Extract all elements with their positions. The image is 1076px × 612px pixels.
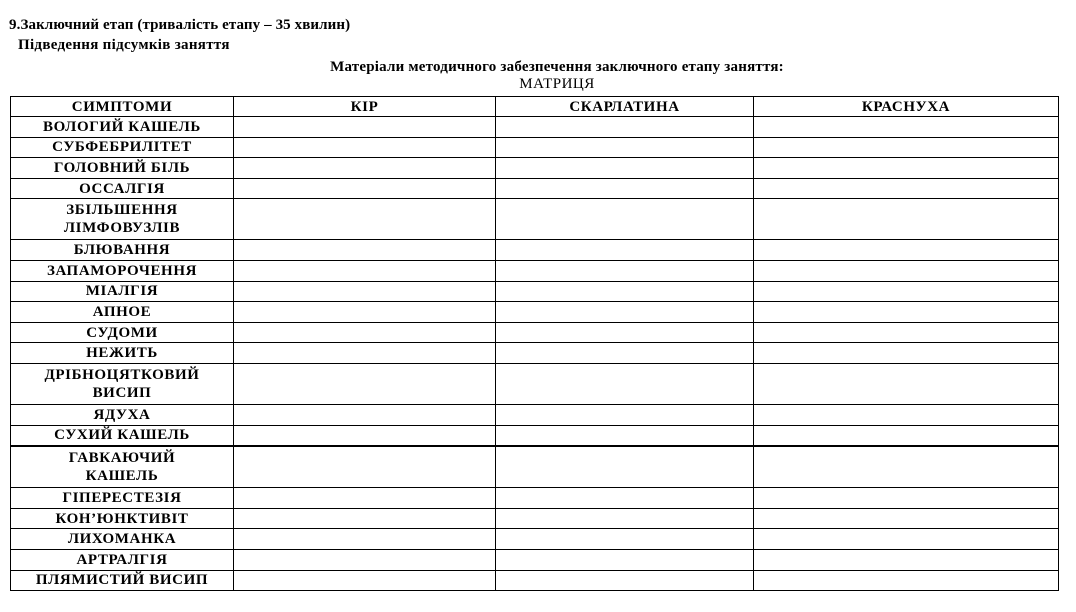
measles-cell[interactable]	[234, 404, 496, 425]
rubella-cell[interactable]	[754, 199, 1059, 240]
symptom-cell: ЗБІЛЬШЕННЯЛІМФОВУЗЛІВ	[11, 199, 234, 240]
symptom-cell: ГІПЕРЕСТЕЗІЯ	[11, 488, 234, 509]
scarlet-fever-cell[interactable]	[496, 508, 754, 529]
measles-cell[interactable]	[234, 446, 496, 488]
measles-cell[interactable]	[234, 529, 496, 550]
measles-cell[interactable]	[234, 158, 496, 179]
symptom-cell: ДРІБНОЦЯТКОВИЙВИСИП	[11, 363, 234, 404]
scarlet-fever-cell[interactable]	[496, 281, 754, 302]
table-row: ВОЛОГИЙ КАШЕЛЬ	[11, 117, 1059, 138]
symptom-cell: СУДОМИ	[11, 322, 234, 343]
measles-cell[interactable]	[234, 178, 496, 199]
table-row: ЗАПАМОРОЧЕННЯ	[11, 260, 1059, 281]
measles-cell[interactable]	[234, 508, 496, 529]
header-measles: КІР	[234, 97, 496, 117]
measles-cell[interactable]	[234, 570, 496, 591]
rubella-cell[interactable]	[754, 281, 1059, 302]
rubella-cell[interactable]	[754, 158, 1059, 179]
scarlet-fever-cell[interactable]	[496, 488, 754, 509]
scarlet-fever-cell[interactable]	[496, 178, 754, 199]
section-title: 9.Заключний етап (тривалість етапу – 35 …	[9, 17, 350, 34]
rubella-cell[interactable]	[754, 137, 1059, 158]
table-row: СУБФЕБРИЛІТЕТ	[11, 137, 1059, 158]
header-scarlet-fever: СКАРЛАТИНА	[496, 97, 754, 117]
scarlet-fever-cell[interactable]	[496, 363, 754, 404]
rubella-cell[interactable]	[754, 549, 1059, 570]
rubella-cell[interactable]	[754, 570, 1059, 591]
scarlet-fever-cell[interactable]	[496, 570, 754, 591]
table-row: СУХИЙ КАШЕЛЬ	[11, 425, 1059, 446]
scarlet-fever-cell[interactable]	[496, 343, 754, 364]
scarlet-fever-cell[interactable]	[496, 425, 754, 446]
measles-cell[interactable]	[234, 488, 496, 509]
scarlet-fever-cell[interactable]	[496, 137, 754, 158]
header-rubella: КРАСНУХА	[754, 97, 1059, 117]
scarlet-fever-cell[interactable]	[496, 404, 754, 425]
symptom-cell: АРТРАЛГІЯ	[11, 549, 234, 570]
scarlet-fever-cell[interactable]	[496, 322, 754, 343]
matrix-label: МАТРИЦЯ	[0, 76, 1076, 93]
table-header-row: СИМПТОМИ КІР СКАРЛАТИНА КРАСНУХА	[11, 97, 1059, 117]
measles-cell[interactable]	[234, 549, 496, 570]
table-row: ДРІБНОЦЯТКОВИЙВИСИП	[11, 363, 1059, 404]
header-symptoms: СИМПТОМИ	[11, 97, 234, 117]
table-row: НЕЖИТЬ	[11, 343, 1059, 364]
symptom-matrix-table: СИМПТОМИ КІР СКАРЛАТИНА КРАСНУХА ВОЛОГИЙ…	[10, 96, 1059, 591]
table-row: БЛЮВАННЯ	[11, 240, 1059, 261]
rubella-cell[interactable]	[754, 363, 1059, 404]
rubella-cell[interactable]	[754, 446, 1059, 488]
measles-cell[interactable]	[234, 302, 496, 323]
rubella-cell[interactable]	[754, 178, 1059, 199]
rubella-cell[interactable]	[754, 240, 1059, 261]
section-subtitle: Підведення підсумків заняття	[18, 37, 230, 54]
rubella-cell[interactable]	[754, 508, 1059, 529]
rubella-cell[interactable]	[754, 302, 1059, 323]
table-row: КОН’ЮНКТИВІТ	[11, 508, 1059, 529]
table-row: ЛИХОМАНКА	[11, 529, 1059, 550]
rubella-cell[interactable]	[754, 343, 1059, 364]
table-row: ЗБІЛЬШЕННЯЛІМФОВУЗЛІВ	[11, 199, 1059, 240]
table-row: ГОЛОВНИЙ БІЛЬ	[11, 158, 1059, 179]
table-row: ПЛЯМИСТИЙ ВИСИП	[11, 570, 1059, 591]
scarlet-fever-cell[interactable]	[496, 117, 754, 138]
table-row: СУДОМИ	[11, 322, 1059, 343]
symptom-cell: ГОЛОВНИЙ БІЛЬ	[11, 158, 234, 179]
rubella-cell[interactable]	[754, 529, 1059, 550]
measles-cell[interactable]	[234, 363, 496, 404]
table-row: ЯДУХА	[11, 404, 1059, 425]
measles-cell[interactable]	[234, 322, 496, 343]
table-row: АПНОЕ	[11, 302, 1059, 323]
symptom-cell: НЕЖИТЬ	[11, 343, 234, 364]
measles-cell[interactable]	[234, 425, 496, 446]
measles-cell[interactable]	[234, 117, 496, 138]
rubella-cell[interactable]	[754, 322, 1059, 343]
symptom-cell: КОН’ЮНКТИВІТ	[11, 508, 234, 529]
symptom-cell: ЗАПАМОРОЧЕННЯ	[11, 260, 234, 281]
symptom-cell: АПНОЕ	[11, 302, 234, 323]
table-row: АРТРАЛГІЯ	[11, 549, 1059, 570]
symptom-cell: ВОЛОГИЙ КАШЕЛЬ	[11, 117, 234, 138]
table-row: ГІПЕРЕСТЕЗІЯ	[11, 488, 1059, 509]
rubella-cell[interactable]	[754, 404, 1059, 425]
measles-cell[interactable]	[234, 199, 496, 240]
table-row: ОССАЛГІЯ	[11, 178, 1059, 199]
symptom-cell: ГАВКАЮЧИЙКАШЕЛЬ	[11, 446, 234, 488]
symptom-cell: МІАЛГІЯ	[11, 281, 234, 302]
scarlet-fever-cell[interactable]	[496, 199, 754, 240]
materials-heading: Матеріали методичного забезпечення заклю…	[0, 59, 1076, 76]
table-row: МІАЛГІЯ	[11, 281, 1059, 302]
rubella-cell[interactable]	[754, 425, 1059, 446]
rubella-cell[interactable]	[754, 117, 1059, 138]
rubella-cell[interactable]	[754, 260, 1059, 281]
symptom-cell: СУХИЙ КАШЕЛЬ	[11, 425, 234, 446]
scarlet-fever-cell[interactable]	[496, 529, 754, 550]
scarlet-fever-cell[interactable]	[496, 549, 754, 570]
rubella-cell[interactable]	[754, 488, 1059, 509]
symptom-cell: ПЛЯМИСТИЙ ВИСИП	[11, 570, 234, 591]
symptom-cell: СУБФЕБРИЛІТЕТ	[11, 137, 234, 158]
scarlet-fever-cell[interactable]	[496, 158, 754, 179]
measles-cell[interactable]	[234, 281, 496, 302]
symptom-cell: ЛИХОМАНКА	[11, 529, 234, 550]
scarlet-fever-cell[interactable]	[496, 302, 754, 323]
symptom-cell: БЛЮВАННЯ	[11, 240, 234, 261]
scarlet-fever-cell[interactable]	[496, 260, 754, 281]
symptom-cell: ОССАЛГІЯ	[11, 178, 234, 199]
measles-cell[interactable]	[234, 260, 496, 281]
measles-cell[interactable]	[234, 343, 496, 364]
scarlet-fever-cell[interactable]	[496, 240, 754, 261]
table-row: ГАВКАЮЧИЙКАШЕЛЬ	[11, 446, 1059, 488]
scarlet-fever-cell[interactable]	[496, 446, 754, 488]
symptom-cell: ЯДУХА	[11, 404, 234, 425]
measles-cell[interactable]	[234, 137, 496, 158]
measles-cell[interactable]	[234, 240, 496, 261]
